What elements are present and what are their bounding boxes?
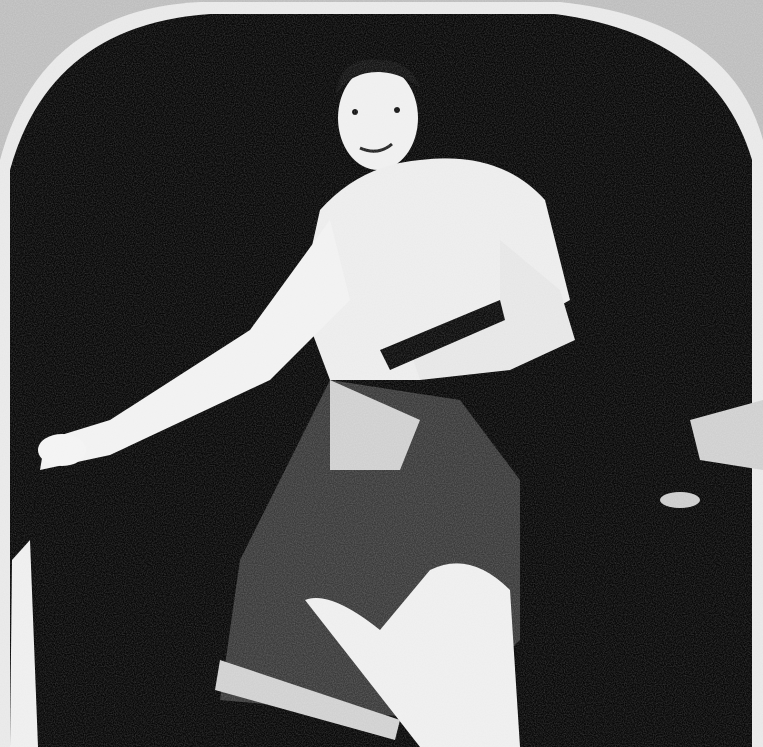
photo-canvas [0,0,763,747]
halftone-grain [0,0,763,747]
photograph [0,0,763,747]
